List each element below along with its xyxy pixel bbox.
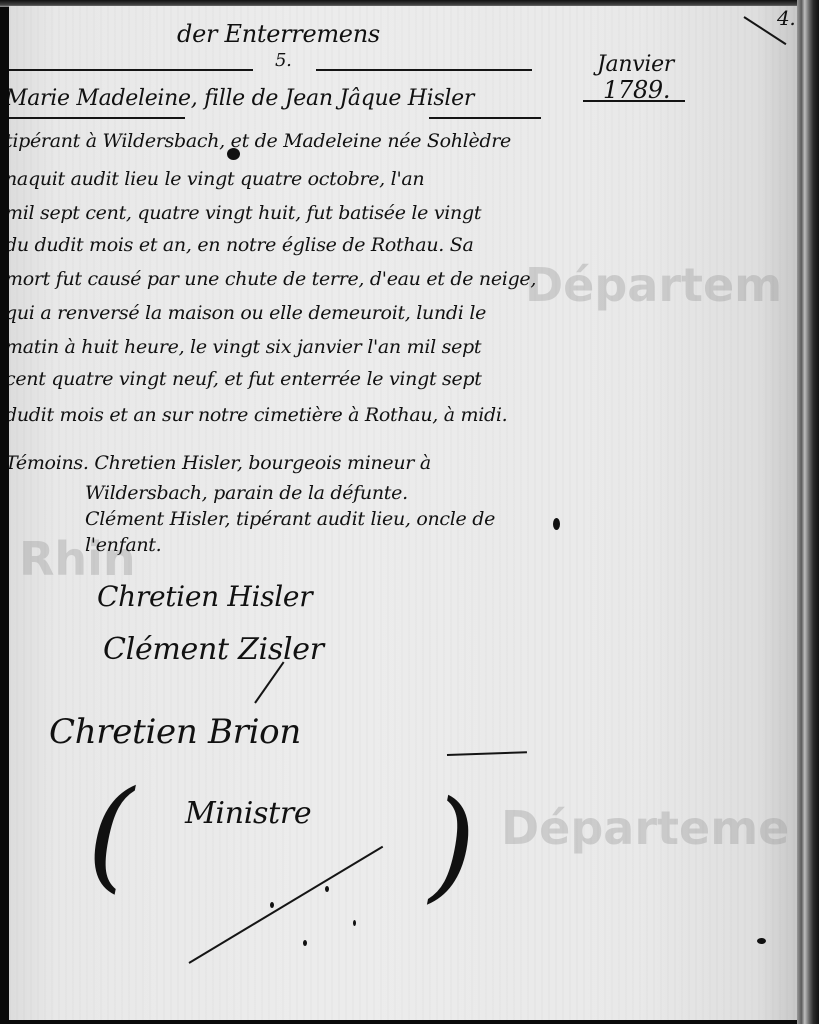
signature-chretien-hisler: Chretien Hisler xyxy=(97,580,312,613)
page-right-edge xyxy=(797,0,819,1024)
margin-date-underline xyxy=(583,100,685,102)
entry-line-1: tipérant à Wildersbach, et de Madeleine … xyxy=(9,130,511,152)
watermark-departement-upper: Départem xyxy=(525,258,782,312)
paraph-dot-1 xyxy=(325,886,329,892)
entry-line-6: qui a renversé la maison ou elle demeuro… xyxy=(9,302,486,324)
entry-number: 5. xyxy=(275,50,292,71)
header-rule-right xyxy=(316,69,532,71)
paraph-dot-4 xyxy=(303,940,307,946)
section-title: der Enterremens xyxy=(177,20,380,48)
minister-paraph-stroke xyxy=(188,846,383,964)
name-underline-right xyxy=(429,117,541,119)
paraph-dot-2 xyxy=(270,902,274,908)
signature-ministre: Ministre xyxy=(185,796,311,831)
entry-name-heading: Marie Madeleine, fille de Jean Jâque His… xyxy=(9,86,474,111)
witness-line-3: Clément Hisler, tipérant audit lieu, onc… xyxy=(85,508,495,530)
paraph-dot-3 xyxy=(353,920,356,926)
right-brace: ) xyxy=(429,786,476,906)
page-number: 4. xyxy=(777,6,795,30)
witness-line-4: l'enfant. xyxy=(85,534,161,556)
entry-line-7: matin à huit heure, le vingt six janvier… xyxy=(9,336,481,358)
margin-date-month: Janvier xyxy=(597,52,674,77)
ink-blot xyxy=(227,148,240,160)
signature-flourish xyxy=(254,661,284,703)
entry-line-5: mort fut causé par une chute de terre, d… xyxy=(9,268,536,290)
document-page: Départem Départeme Rhin der Enterremens … xyxy=(9,6,797,1020)
ink-dot xyxy=(553,518,560,530)
signature-clement-zisler: Clément Zisler xyxy=(103,632,324,667)
entry-line-3: mil sept cent, quatre vingt huit, fut ba… xyxy=(9,202,481,224)
corner-ink-mark xyxy=(757,938,766,944)
header-rule-left xyxy=(9,69,253,71)
brion-underline-flourish xyxy=(447,751,527,756)
name-underline-left xyxy=(9,117,185,119)
entry-line-8: cent quatre vingt neuf, et fut enterrée … xyxy=(9,368,482,390)
left-brace: ( xyxy=(87,776,134,896)
entry-line-2: naquit audit lieu le vingt quatre octobr… xyxy=(9,168,424,190)
witness-line-2: Wildersbach, parain de la défunte. xyxy=(85,482,408,504)
witness-line-1: Témoins. Chretien Hisler, bourgeois mine… xyxy=(9,452,431,474)
signature-chretien-brion: Chretien Brion xyxy=(49,712,301,752)
entry-line-4: du dudit mois et an, en notre église de … xyxy=(9,234,473,256)
entry-line-9: dudit mois et an sur notre cimetière à R… xyxy=(9,404,507,426)
watermark-departement-lower: Départeme xyxy=(501,801,789,855)
